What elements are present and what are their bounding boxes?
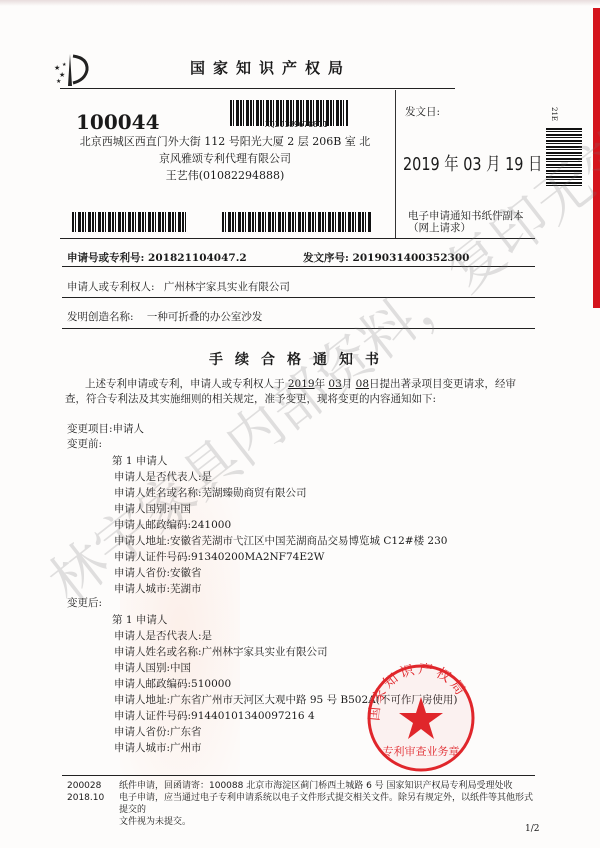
page-number: 1/2 bbox=[525, 824, 539, 834]
footer-line-2: 电子申请，应当通过电子专利申请系统以电子文件形式提交相关文件。除另有规定外，以纸… bbox=[119, 792, 539, 816]
header-rule bbox=[60, 88, 455, 89]
svg-text:★: ★ bbox=[62, 62, 67, 68]
footer-text: 纸件申请，回函请寄：100088 北京市海淀区蓟门桥西土城路 6 号 国家知识产… bbox=[119, 780, 539, 828]
issue-date-label: 发文日: bbox=[405, 104, 440, 119]
cnipa-logo-icon: ★ ★ ★ ★ bbox=[52, 50, 92, 88]
recipient-address: 北京西城区西直门外大街 112 号阳光大厦 2 层 206B 室 北京风雅颂专利… bbox=[75, 133, 375, 184]
side-code: 21E bbox=[550, 107, 558, 121]
barcode-number: XQ20189678811 bbox=[265, 120, 328, 129]
before-label: 变更前: bbox=[67, 436, 102, 452]
barcode-bottom-right bbox=[222, 212, 372, 232]
office-name: 国家知识产权局 bbox=[190, 57, 351, 78]
barcode-bottom-left bbox=[72, 212, 187, 232]
serial-label: 发文序号: bbox=[303, 252, 349, 264]
invention-row: 发明创造名称: 一种可折叠的办公室沙发 bbox=[67, 309, 262, 324]
invention-label: 发明创造名称: bbox=[67, 311, 134, 323]
svg-text:★: ★ bbox=[56, 78, 61, 85]
footer-line-1: 纸件申请，回函请寄：100088 北京市海淀区蓟门桥西土城路 6 号 国家知识产… bbox=[119, 780, 539, 792]
form-date: 2018.10 bbox=[67, 793, 104, 803]
form-code: 200028 bbox=[67, 781, 101, 791]
footer-line-3: 文件视为未提交。 bbox=[119, 816, 539, 828]
application-number: 201821104047.2 bbox=[148, 252, 247, 264]
recipient-address-text: 北京西城区西直门外大街 112 号阳光大厦 2 层 206B 室 北京风雅颂专利… bbox=[75, 133, 375, 167]
invention-name: 一种可折叠的办公室沙发 bbox=[147, 311, 263, 323]
change-item: 变更项目:申请人 bbox=[67, 421, 144, 437]
applicant-field: 申请人是否代表人:是 bbox=[114, 628, 457, 644]
applicant-field: 申请人省份:安徽省 bbox=[114, 565, 447, 581]
applicant-field: 申请人城市:芜湖市 bbox=[114, 581, 447, 597]
postcode: 100044 bbox=[76, 110, 160, 134]
svg-text:专利审查业务章: 专利审查业务章 bbox=[383, 744, 460, 758]
scan-top-edge bbox=[0, 0, 600, 6]
applicant-field: 申请人姓名或名称:广州林宇家具实业有限公司 bbox=[114, 644, 457, 660]
recipient-contact: 王艺伟(01082294888) bbox=[75, 167, 375, 184]
applicant-row: 申请人或专利权人: 广州林宇家具实业有限公司 bbox=[67, 279, 290, 294]
applicant-name: 广州林宇家具实业有限公司 bbox=[164, 281, 290, 293]
applicant-heading: 第 1 申请人 bbox=[112, 612, 457, 628]
application-number-label: 申请号或专利号: bbox=[67, 252, 144, 264]
application-number-row: 申请号或专利号: 201821104047.2 bbox=[67, 250, 247, 265]
header-divider bbox=[395, 90, 396, 238]
footer-rule bbox=[62, 775, 535, 776]
rule-4 bbox=[62, 328, 535, 329]
official-seal-icon: 国家知识产权局 专利审查业务章 bbox=[366, 663, 476, 773]
applicant-label: 申请人或专利权人: bbox=[67, 281, 155, 293]
